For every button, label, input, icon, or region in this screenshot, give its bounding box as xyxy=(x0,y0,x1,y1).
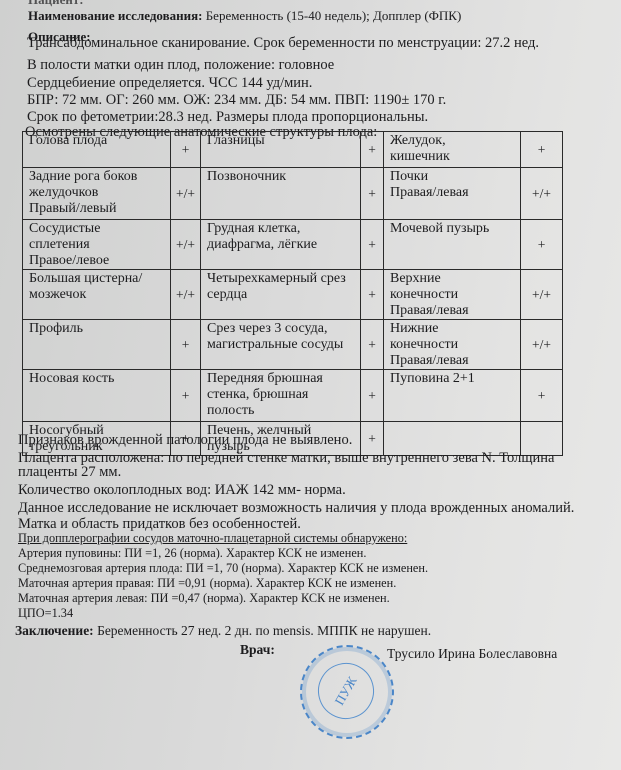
structure-label: Желудок, xyxy=(390,133,514,149)
structure-label: Правая/левая xyxy=(390,303,514,319)
structure-cell: Грудная клетка,диафрагма, лёгкие xyxy=(201,220,361,270)
study-value: Беременность (15-40 недель); Допплер (ФП… xyxy=(206,8,462,23)
result-mark: +/+ xyxy=(171,270,201,320)
table-row: Сосудистые сплетенияПравое/левое+/+Грудн… xyxy=(23,220,563,270)
finding-line: Данное исследование не исключает возможн… xyxy=(18,500,574,517)
result-mark: + xyxy=(361,132,384,168)
finding-line: Признаков врожденной патологии плода не … xyxy=(18,432,352,449)
structure-cell: Глазницы xyxy=(201,132,361,168)
doppler-heading: При допплерографии сосудов маточно-плаце… xyxy=(18,531,407,545)
structure-cell: НижниеконечностиПравая/левая xyxy=(384,320,521,370)
structure-label: Профиль xyxy=(29,321,164,337)
structure-label: Мочевой пузырь xyxy=(390,221,514,237)
structure-label: Нижние xyxy=(390,321,514,337)
table-row: Голова плода+Глазницы+Желудок,кишечник+ xyxy=(23,132,563,168)
table-row: Носовая кость+Передняя брюшнаястенка, бр… xyxy=(23,370,563,422)
table-row: Задние рога боковжелудочковПравый/левый+… xyxy=(23,168,563,220)
doppler-line: Среднемозговая артерия плода: ПИ =1, 70 … xyxy=(18,561,428,575)
structure-label: Правый/левый xyxy=(29,201,164,217)
structure-cell: Профиль xyxy=(23,320,171,370)
result-mark: + xyxy=(171,370,201,422)
description-line: Трансабдоминальное сканирование. Срок бе… xyxy=(27,35,539,52)
stamp-center-text: ПУЖ xyxy=(308,653,384,729)
doppler-line: Маточная артерия левая: ПИ =0,47 (норма)… xyxy=(18,591,390,605)
structure-label: Грудная клетка, xyxy=(207,221,354,237)
conclusion-label: Заключение: xyxy=(15,623,94,638)
structure-label: Позвоночник xyxy=(207,169,354,185)
table-row: Большая цистерна/мозжечок+/+Четырехкамер… xyxy=(23,270,563,320)
doctor-name: Трусило Ирина Болеславовна xyxy=(387,645,557,662)
structure-cell: Сосудистые сплетенияПравое/левое xyxy=(23,220,171,270)
result-mark: +/+ xyxy=(521,320,563,370)
result-mark: + xyxy=(521,132,563,168)
result-mark: + xyxy=(361,270,384,320)
structure-label: диафрагма, лёгкие xyxy=(207,237,354,253)
result-mark: + xyxy=(521,220,563,270)
structure-label: Почки xyxy=(390,169,514,185)
conclusion-line: Заключение: Беременность 27 нед. 2 дн. п… xyxy=(15,622,431,639)
structure-label: Сосудистые сплетения xyxy=(29,221,164,253)
doppler-line: ЦПО=1.34 xyxy=(18,606,73,620)
structure-label: Правая/левая xyxy=(390,353,514,369)
structure-label: Верхние xyxy=(390,271,514,287)
structure-label: Голова плода xyxy=(29,133,164,149)
structure-cell: Носовая кость xyxy=(23,370,171,422)
structure-cell: Большая цистерна/мозжечок xyxy=(23,270,171,320)
result-mark: + xyxy=(171,320,201,370)
structure-cell: ВерхниеконечностиПравая/левая xyxy=(384,270,521,320)
description-line: БПР: 72 мм. ОГ: 260 мм. ОЖ: 234 мм. ДБ: … xyxy=(27,92,446,109)
conclusion-text: Беременность 27 нед. 2 дн. по mensis. МП… xyxy=(97,623,431,638)
structure-cell: Желудок,кишечник xyxy=(384,132,521,168)
clinic-stamp: ПУЖ xyxy=(300,645,394,739)
structure-label: конечности xyxy=(390,337,514,353)
structure-cell: ПочкиПравая/левая xyxy=(384,168,521,220)
structure-cell: Передняя брюшнаястенка, брюшнаяполость xyxy=(201,370,361,422)
structure-label: Пуповина 2+1 xyxy=(390,371,514,387)
description-line: В полости матки один плод, положение: го… xyxy=(27,57,334,74)
structure-label: сердца xyxy=(207,287,354,303)
finding-line: Количество околоплодных вод: ИАЖ 142 мм-… xyxy=(18,482,346,499)
result-mark: + xyxy=(361,370,384,422)
structure-label: желудочков xyxy=(29,185,164,201)
structure-cell: Пуповина 2+1 xyxy=(384,370,521,422)
structure-label: Срез через 3 сосуда, xyxy=(207,321,354,337)
structure-cell: Голова плода xyxy=(23,132,171,168)
result-mark: + xyxy=(361,220,384,270)
doppler-line: Маточная артерия правая: ПИ =0,91 (норма… xyxy=(18,576,396,590)
study-line: Наименование исследования: Беременность … xyxy=(28,7,461,24)
structure-cell: Мочевой пузырь xyxy=(384,220,521,270)
finding-line: плаценты 27 мм. xyxy=(18,464,121,481)
result-mark: +/+ xyxy=(171,220,201,270)
structure-label: мозжечок xyxy=(29,287,164,303)
anatomy-table: Голова плода+Глазницы+Желудок,кишечник+З… xyxy=(22,131,563,456)
result-mark: + xyxy=(171,132,201,168)
structure-cell: Задние рога боковжелудочковПравый/левый xyxy=(23,168,171,220)
result-mark: + xyxy=(361,320,384,370)
result-mark: + xyxy=(521,370,563,422)
structure-label: Задние рога боков xyxy=(29,169,164,185)
structure-label: Правое/левое xyxy=(29,253,164,269)
structure-label: кишечник xyxy=(390,149,514,165)
result-mark: +/+ xyxy=(521,168,563,220)
structure-label: стенка, брюшная xyxy=(207,387,354,403)
study-label: Наименование исследования: xyxy=(28,8,202,23)
result-mark: +/+ xyxy=(521,270,563,320)
table-row: Профиль+Срез через 3 сосуда,магистральны… xyxy=(23,320,563,370)
result-mark: + xyxy=(361,168,384,220)
doppler-line: Артерия пуповины: ПИ =1, 26 (норма). Хар… xyxy=(18,546,366,560)
structure-cell: Четырехкамерный срезсердца xyxy=(201,270,361,320)
structure-label: полость xyxy=(207,403,354,419)
structure-label: конечности xyxy=(390,287,514,303)
result-mark: +/+ xyxy=(171,168,201,220)
structure-label: Большая цистерна/ xyxy=(29,271,164,287)
structure-label: Передняя брюшная xyxy=(207,371,354,387)
description-line: Сердцебиение определяется. ЧСС 144 уд/ми… xyxy=(27,75,312,92)
structure-label: магистральные сосуды xyxy=(207,337,354,353)
structure-cell: Срез через 3 сосуда,магистральные сосуды xyxy=(201,320,361,370)
doctor-label: Врач: xyxy=(240,641,275,658)
structure-label: Правая/левая xyxy=(390,185,514,201)
structure-label: Носовая кость xyxy=(29,371,164,387)
structure-label: Четырехкамерный срез xyxy=(207,271,354,287)
structure-cell: Позвоночник xyxy=(201,168,361,220)
structure-label: Глазницы xyxy=(207,133,354,149)
